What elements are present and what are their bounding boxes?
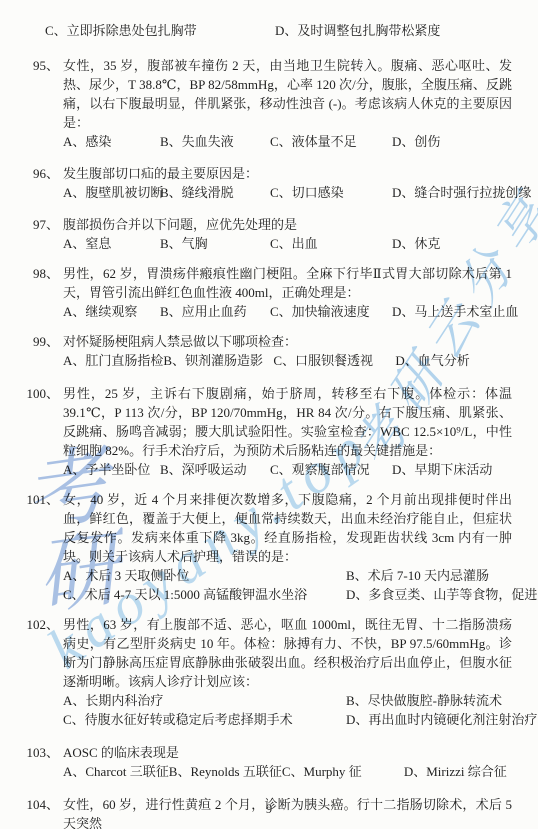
options-row: A、腹壁肌被切断 B、缝线滑脱 C、切口感染 D、缝合时强行拉拢创缘 <box>63 183 512 202</box>
option-d: D、缝合时强行拉拢创缘 <box>392 183 531 202</box>
question-number: 100、 <box>26 384 63 403</box>
question-stem: 腹部损伤合并以下问题，应优先处理的是 <box>63 215 512 234</box>
question-number: 103、 <box>26 743 63 762</box>
option-a: A、术后 3 天取侧卧位 <box>63 566 346 585</box>
option-b: B、深呼吸运动 <box>160 460 270 479</box>
question-number: 102、 <box>26 615 63 634</box>
question-102: 102、 男性，63 岁，有上腹部不适、恶心，呕血 1000ml，既往无胃、十二… <box>63 615 512 729</box>
option-a: A、腹壁肌被切断 <box>63 183 160 202</box>
option-d: D、早期下床活动 <box>392 460 492 479</box>
options-grid: A、长期内科治疗 B、尽快做腹腔-静脉转流术 C、待腹水征好转或稳定后考虑择期手… <box>63 691 512 729</box>
option-b: B、气胸 <box>160 234 270 253</box>
question-98: 98、 男性，62 岁，胃溃疡伴瘢痕性幽门梗阻。全麻下行毕Ⅱ式胃大部切除术后第 … <box>63 264 512 321</box>
option-b: B、应用止血药 <box>160 302 270 321</box>
option-c: C、观察腹部情况 <box>270 460 392 479</box>
option-a: A、肛门直肠指检 <box>63 351 163 370</box>
option-d: D、马上送手术室止血 <box>392 302 518 321</box>
question-stem: 女性，35 岁，腹部被车撞伤 2 天，由当地卫生院转入。腹痛、恶心呕吐、发热、尿… <box>63 56 512 132</box>
carryover-option-d: D、及时调整包扎胸带松紧度 <box>275 21 440 40</box>
question-103: 103、 AOSC 的临床表现是 A、Charcot 三联征 B、Reynold… <box>63 743 512 781</box>
question-97: 97、 腹部损伤合并以下问题，应优先处理的是 A、窒息 B、气胸 C、出血 D、… <box>63 215 512 253</box>
option-a: A、窒息 <box>63 234 160 253</box>
option-a: A、感染 <box>63 132 160 151</box>
option-b: B、尽快做腹腔-静脉转流术 <box>346 691 537 710</box>
question-number: 101、 <box>26 490 63 509</box>
question-number: 99、 <box>33 332 63 351</box>
option-c: C、口服钡餐透视 <box>273 351 395 370</box>
options-row: A、感染 B、失血失液 C、液体量不足 D、创伤 <box>63 132 512 151</box>
question-stem: 女，40 岁，近 4 个月来排便次数增多，下腹隐痛，2 个月前出现排便时伴出血，… <box>63 490 512 566</box>
page-number: 9 <box>0 800 538 819</box>
question-number: 98、 <box>33 264 63 283</box>
option-b: B、钡剂灌肠造影 <box>163 351 273 370</box>
exam-page-scan: 考研云分享 kaoyany.top 考研 C、立即拆除患处包扎胸带 D、及时调整… <box>0 0 538 829</box>
question-stem: 发生腹部切口疝的最主要原因是： <box>63 164 512 183</box>
option-a: A、继续观察 <box>63 302 160 321</box>
option-d: D、创伤 <box>392 132 440 151</box>
option-b: B、术后 7-10 天内忌灌肠 <box>346 566 538 585</box>
option-c: C、出血 <box>270 234 392 253</box>
question-stem: 男性，25 岁，主诉右下腹剧痛，始于脐周，转移至右下腹。体检示：体温 39.1℃… <box>63 384 512 460</box>
question-stem: 男性，63 岁，有上腹部不适、恶心，呕血 1000ml，既往无胃、十二指肠溃疡病… <box>63 615 512 691</box>
option-d: D、再出血时内镜硬化剂注射治疗 <box>346 710 537 729</box>
option-c: C、待腹水征好转或稳定后考虑择期手术 <box>63 710 346 729</box>
option-c: C、术后 4-7 天以 1:5000 高锰酸钾温水坐浴 <box>63 585 346 604</box>
option-c: C、加快输液速度 <box>270 302 392 321</box>
option-c: C、Murphy 征 <box>282 762 404 781</box>
options-row: A、窒息 B、气胸 C、出血 D、休克 <box>63 234 512 253</box>
option-d: D、血气分析 <box>395 351 469 370</box>
options-row: A、Charcot 三联征 B、Reynolds 五联征 C、Murphy 征 … <box>63 762 512 781</box>
question-96: 96、 发生腹部切口疝的最主要原因是： A、腹壁肌被切断 B、缝线滑脱 C、切口… <box>63 164 512 202</box>
options-row: A、继续观察 B、应用止血药 C、加快输液速度 D、马上送手术室止血 <box>63 302 512 321</box>
question-99: 99、 对怀疑肠梗阻病人禁忌做以下哪项检查： A、肛门直肠指检 B、钡剂灌肠造影… <box>63 332 512 370</box>
carryover-option-c: C、立即拆除患处包扎胸带 <box>45 21 275 40</box>
option-b: B、失血失液 <box>160 132 270 151</box>
option-d: D、休克 <box>392 234 440 253</box>
option-b: B、缝线滑脱 <box>160 183 270 202</box>
option-d: D、多食豆类、山芋等食物，促进肠蠕动 <box>346 585 538 604</box>
question-number: 97、 <box>33 215 63 234</box>
question-stem: AOSC 的临床表现是 <box>63 743 512 762</box>
options-row: A、予半坐卧位 B、深呼吸运动 C、观察腹部情况 D、早期下床活动 <box>63 460 512 479</box>
option-a: A、予半坐卧位 <box>63 460 160 479</box>
carryover-options-row: C、立即拆除患处包扎胸带 D、及时调整包扎胸带松紧度 <box>45 21 512 40</box>
question-101: 101、 女，40 岁，近 4 个月来排便次数增多，下腹隐痛，2 个月前出现排便… <box>63 490 512 604</box>
question-95: 95、 女性，35 岁，腹部被车撞伤 2 天，由当地卫生院转入。腹痛、恶心呕吐、… <box>63 56 512 151</box>
question-stem: 对怀疑肠梗阻病人禁忌做以下哪项检查： <box>63 332 512 351</box>
options-grid: A、术后 3 天取侧卧位 B、术后 7-10 天内忌灌肠 C、术后 4-7 天以… <box>63 566 512 604</box>
option-a: A、长期内科治疗 <box>63 691 346 710</box>
question-number: 96、 <box>33 164 63 183</box>
question-number: 95、 <box>33 56 63 75</box>
options-row: A、肛门直肠指检 B、钡剂灌肠造影 C、口服钡餐透视 D、血气分析 <box>63 351 512 370</box>
question-100: 100、 男性，25 岁，主诉右下腹剧痛，始于脐周，转移至右下腹。体检示：体温 … <box>63 384 512 479</box>
option-c: C、液体量不足 <box>270 132 392 151</box>
option-a: A、Charcot 三联征 <box>63 762 169 781</box>
option-b: B、Reynolds 五联征 <box>169 762 282 781</box>
option-c: C、切口感染 <box>270 183 392 202</box>
option-d: D、Mirizzi 综合征 <box>404 762 507 781</box>
question-stem: 男性，62 岁，胃溃疡伴瘢痕性幽门梗阻。全麻下行毕Ⅱ式胃大部切除术后第 1 天，… <box>63 264 512 302</box>
page-content: C、立即拆除患处包扎胸带 D、及时调整包扎胸带松紧度 95、 女性，35 岁，腹… <box>0 0 538 829</box>
